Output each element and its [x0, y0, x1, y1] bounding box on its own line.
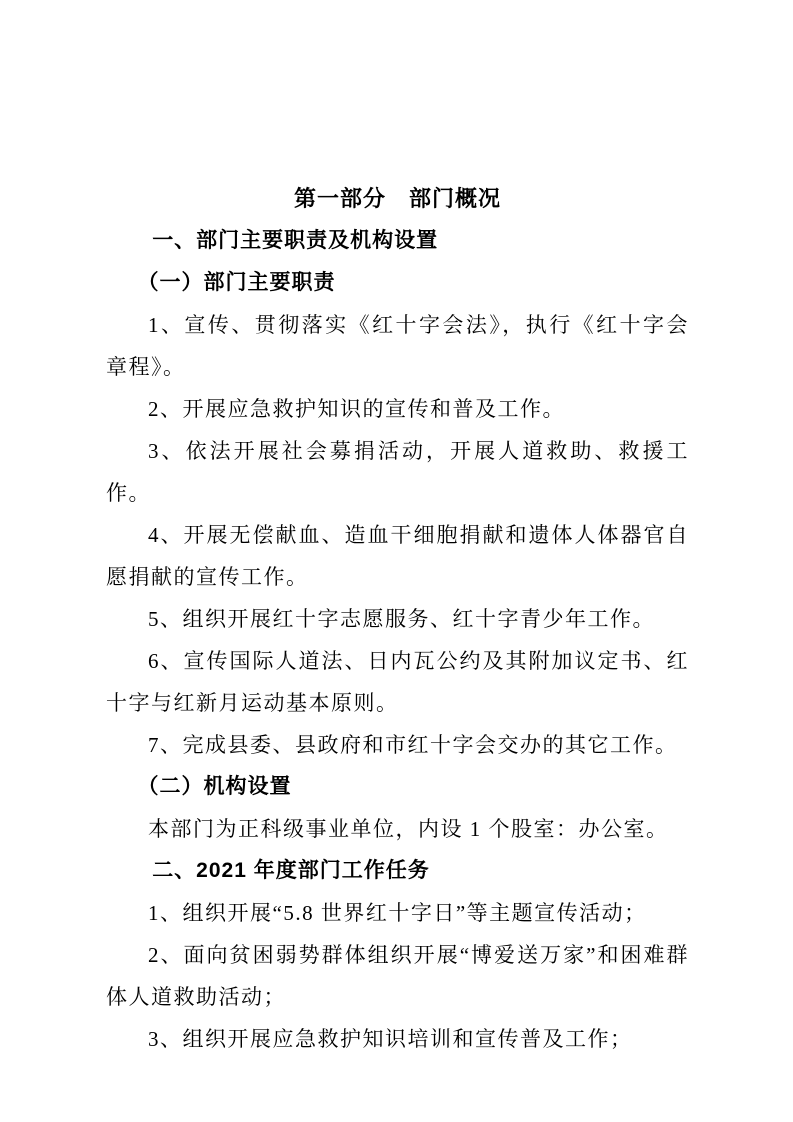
section-heading-1: 一、部门主要职责及机构设置	[106, 220, 689, 262]
paragraph-org-setup: 本部门为正科级事业单位，内设 1 个股室：办公室。	[106, 808, 689, 850]
paragraph-duty-6: 6、宣传国际人道法、日内瓦公约及其附加议定书、红十字与红新月运动基本原则。	[106, 640, 689, 724]
document-page: 第一部分 部门概况 一、部门主要职责及机构设置 （一）部门主要职责 1、宣传、贯…	[0, 0, 793, 1122]
subsection-heading-1-2: （二）机构设置	[106, 766, 689, 808]
paragraph-duty-4: 4、开展无偿献血、造血干细胞捐献和遗体人体器官自愿捐献的宣传工作。	[106, 514, 689, 598]
page-title: 第一部分 部门概况	[106, 178, 689, 220]
subsection-heading-1-1: （一）部门主要职责	[106, 262, 689, 304]
paragraph-duty-5: 5、组织开展红十字志愿服务、红十字青少年工作。	[106, 598, 689, 640]
paragraph-duty-7: 7、完成县委、县政府和市红十字会交办的其它工作。	[106, 724, 689, 766]
paragraph-duty-1: 1、宣传、贯彻落实《红十字会法》，执行《红十字会章程》。	[106, 304, 689, 388]
paragraph-duty-2: 2、开展应急救护知识的宣传和普及工作。	[106, 388, 689, 430]
paragraph-duty-3: 3、依法开展社会募捐活动，开展人道救助、救援工作。	[106, 430, 689, 514]
paragraph-task-1: 1、组织开展“5.8 世界红十字日”等主题宣传活动；	[106, 892, 689, 934]
section-heading-2: 二、2021 年度部门工作任务	[106, 850, 689, 892]
paragraph-task-2: 2、面向贫困弱势群体组织开展“博爱送万家”和困难群体人道救助活动；	[106, 934, 689, 1018]
paragraph-task-3: 3、组织开展应急救护知识培训和宣传普及工作；	[106, 1018, 689, 1060]
